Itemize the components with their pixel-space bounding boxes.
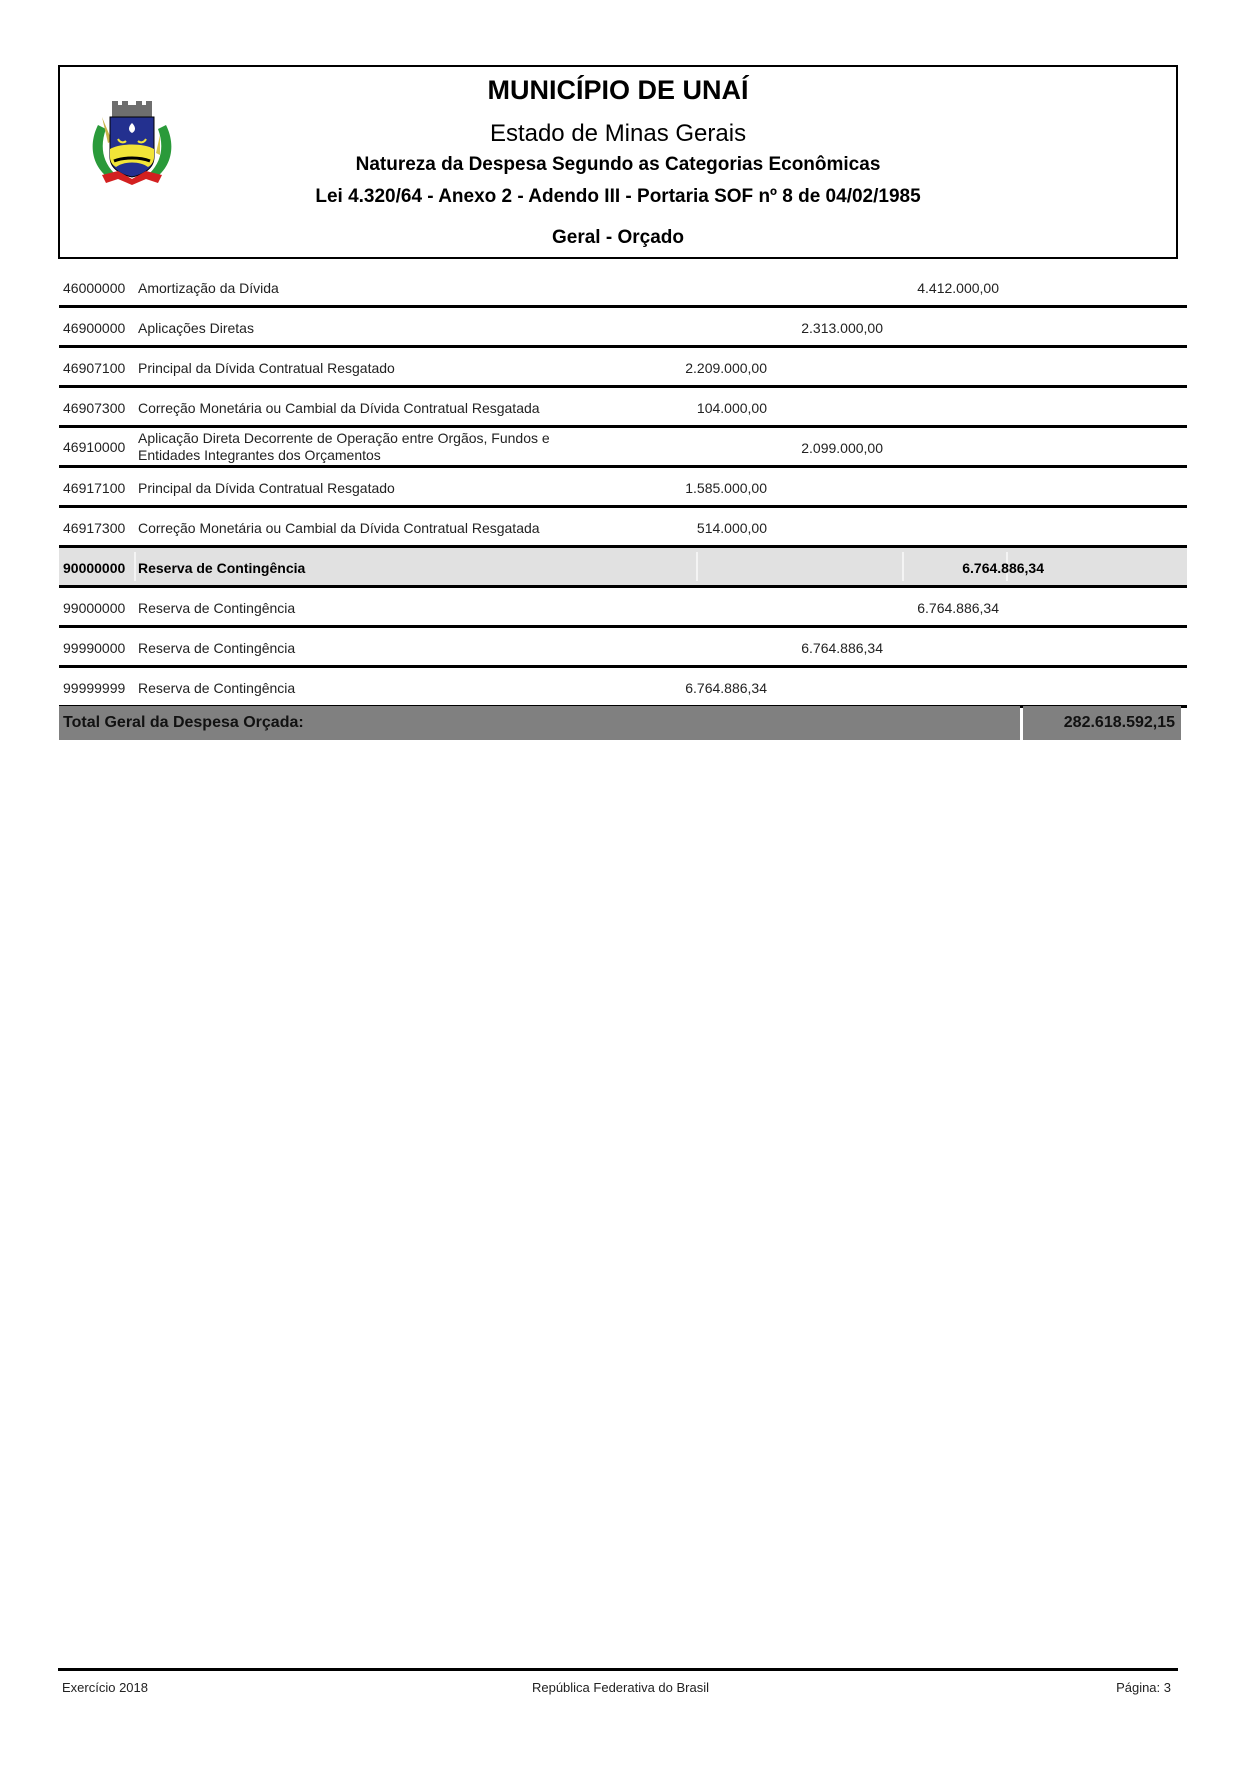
legal-reference: Lei 4.320/64 - Anexo 2 - Adendo III - Po… bbox=[60, 186, 1176, 208]
row-description: Reserva de Contingência bbox=[138, 560, 598, 577]
row-code: 99000000 bbox=[63, 600, 125, 616]
row-value-col3: 6.764.886,34 bbox=[859, 600, 999, 616]
row-value-col3: 4.412.000,00 bbox=[859, 280, 999, 296]
row-description: Amortização da Dívida bbox=[138, 280, 598, 297]
table-group-row: 90000000Reserva de Contingência6.764.886… bbox=[59, 548, 1187, 588]
row-description: Principal da Dívida Contratual Resgatado bbox=[138, 480, 598, 497]
table-row: 46907300Correção Monetária ou Cambial da… bbox=[59, 388, 1187, 428]
table-row: 46910000Aplicação Direta Decorrente de O… bbox=[59, 428, 1187, 468]
table-row: 99000000Reserva de Contingência6.764.886… bbox=[59, 588, 1187, 628]
row-value-col1: 104.000,00 bbox=[627, 400, 767, 416]
row-description: Principal da Dívida Contratual Resgatado bbox=[138, 360, 598, 377]
expense-table: 46000000Amortização da Dívida4.412.000,0… bbox=[59, 268, 1187, 708]
cell-separator bbox=[902, 552, 904, 581]
row-value-col2: 2.099.000,00 bbox=[743, 440, 883, 456]
cell-separator bbox=[696, 552, 698, 581]
footer-divider bbox=[58, 1668, 1178, 1671]
row-code: 46917100 bbox=[63, 480, 125, 496]
row-description: Correção Monetária ou Cambial da Dívida … bbox=[138, 400, 598, 417]
table-row: 46900000Aplicações Diretas2.313.000,00 bbox=[59, 308, 1187, 348]
row-description: Reserva de Contingência bbox=[138, 680, 598, 697]
table-row: 46917100Principal da Dívida Contratual R… bbox=[59, 468, 1187, 508]
row-description: Aplicações Diretas bbox=[138, 320, 598, 337]
footer-page-number: Página: 3 bbox=[1116, 1680, 1171, 1695]
row-description: Correção Monetária ou Cambial da Dívida … bbox=[138, 520, 598, 537]
report-header: MUNICÍPIO DE UNAÍ Estado de Minas Gerais… bbox=[58, 65, 1178, 259]
row-code: 46000000 bbox=[63, 280, 125, 296]
row-value-col1: 6.764.886,34 bbox=[627, 680, 767, 696]
total-label: Total Geral da Despesa Orçada: bbox=[59, 706, 1020, 740]
row-description: Reserva de Contingência bbox=[138, 640, 598, 657]
row-code: 46917300 bbox=[63, 520, 125, 536]
row-code: 46910000 bbox=[63, 439, 125, 455]
row-code: 46907300 bbox=[63, 400, 125, 416]
row-value-col2: 6.764.886,34 bbox=[743, 640, 883, 656]
report-name: Natureza da Despesa Segundo as Categoria… bbox=[60, 154, 1176, 176]
table-row: 46907100Principal da Dívida Contratual R… bbox=[59, 348, 1187, 388]
report-scope: Geral - Orçado bbox=[60, 227, 1176, 249]
row-code: 99990000 bbox=[63, 640, 125, 656]
row-value-col1: 1.585.000,00 bbox=[627, 480, 767, 496]
row-description: Aplicação Direta Decorrente de Operação … bbox=[138, 430, 598, 464]
row-code: 46907100 bbox=[63, 360, 125, 376]
municipality-title: MUNICÍPIO DE UNAÍ bbox=[60, 75, 1176, 106]
row-description: Reserva de Contingência bbox=[138, 600, 598, 617]
row-value-col2: 2.313.000,00 bbox=[743, 320, 883, 336]
row-value-col1: 514.000,00 bbox=[627, 520, 767, 536]
table-row: 99999999Reserva de Contingência6.764.886… bbox=[59, 668, 1187, 708]
row-code: 99999999 bbox=[63, 680, 125, 696]
table-row: 46000000Amortização da Dívida4.412.000,0… bbox=[59, 268, 1187, 308]
row-value-col1: 2.209.000,00 bbox=[627, 360, 767, 376]
table-row: 46917300Correção Monetária ou Cambial da… bbox=[59, 508, 1187, 548]
row-code: 90000000 bbox=[63, 560, 125, 576]
row-value-col4: 6.764.886,34 bbox=[907, 560, 1044, 576]
cell-separator bbox=[134, 552, 136, 581]
state-name: Estado de Minas Gerais bbox=[60, 120, 1176, 148]
total-value: 282.618.592,15 bbox=[1023, 706, 1181, 740]
table-row: 99990000Reserva de Contingência6.764.886… bbox=[59, 628, 1187, 668]
footer-country: República Federativa do Brasil bbox=[0, 1680, 1241, 1695]
row-code: 46900000 bbox=[63, 320, 125, 336]
total-row: Total Geral da Despesa Orçada: 282.618.5… bbox=[59, 706, 1187, 740]
